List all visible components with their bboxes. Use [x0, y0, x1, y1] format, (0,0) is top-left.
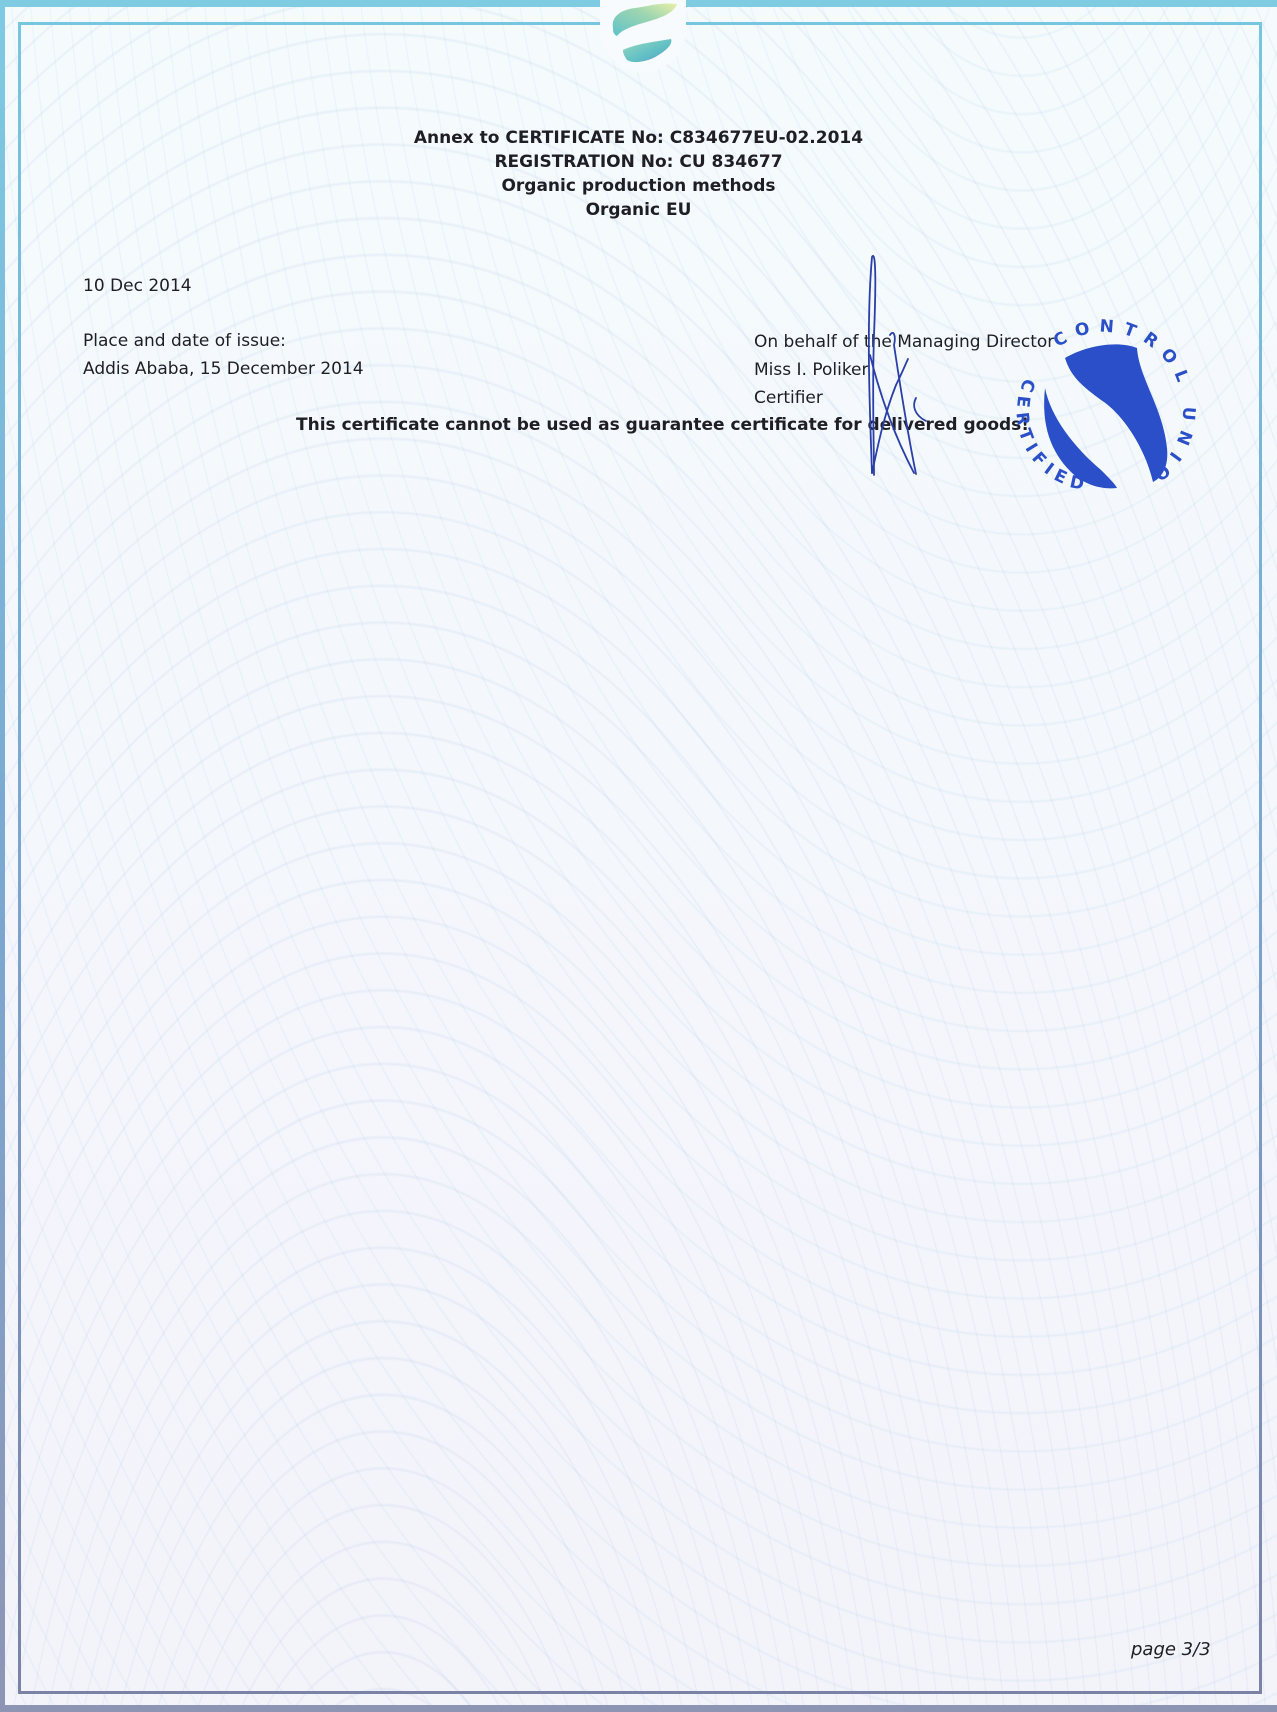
certificate-header: Annex to CERTIFICATE No: C834677EU-02.20…: [0, 126, 1277, 222]
outer-border-left: [0, 0, 5, 1712]
control-union-leaf-logo-icon: [605, 0, 685, 68]
signatory-name: Miss I. Poliker: [754, 360, 869, 380]
place-date-value: Addis Ababa, 15 December 2014: [83, 359, 364, 379]
control-union-certified-stamp: CONTROL UNION CERTIFIED: [1005, 318, 1205, 508]
registration-number: REGISTRATION No: CU 834677: [0, 150, 1277, 174]
page-number: page 3/3: [1131, 1640, 1211, 1660]
document-date: 10 Dec 2014: [83, 276, 192, 296]
signatory-role: Certifier: [754, 388, 823, 408]
certificate-number: Annex to CERTIFICATE No: C834677EU-02.20…: [0, 126, 1277, 150]
warning-text: This certificate cannot be used as guara…: [296, 415, 1029, 435]
standard-name: Organic EU: [0, 198, 1277, 222]
production-method: Organic production methods: [0, 174, 1277, 198]
inner-border: [18, 22, 1262, 1694]
place-date-label: Place and date of issue:: [83, 331, 286, 351]
